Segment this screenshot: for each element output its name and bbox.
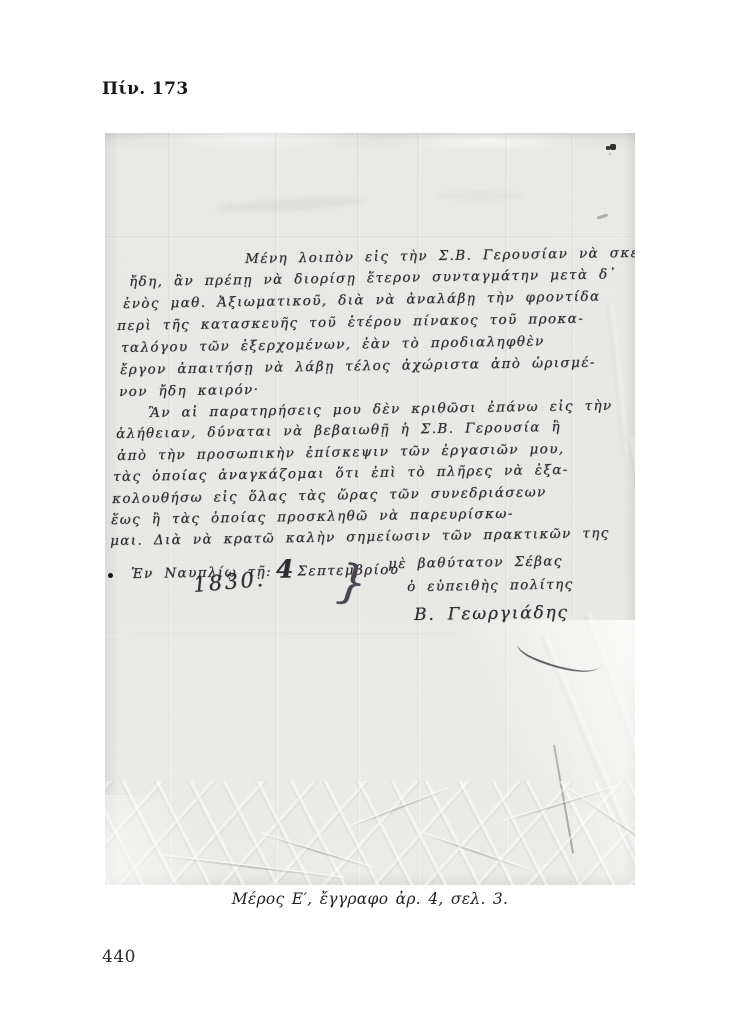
dateline-day: 4 — [276, 554, 294, 583]
handwriting-line: Ἂν αἱ παρατηρήσεις μου δὲν κριθῶσι ἐπάνω… — [148, 398, 613, 421]
handwriting-line: ταλόγου τῶν ἐξερχομένων, ἐὰν τὸ προδιαλη… — [121, 333, 545, 356]
signature: Β. Γεωργιάδης — [414, 603, 569, 625]
valediction: μὲ βαθύτατον Σέβας — [388, 553, 563, 572]
handwriting-line: ἀπὸ τὴν προσωπικὴν ἐπίσκεψιν τῶν ἐργασιῶ… — [117, 441, 565, 464]
handwriting-line: ἔργον ἀπαιτήσῃ νὰ λάβῃ τέλος ἀχώριστα ἀπ… — [120, 355, 596, 378]
handwriting-line: νον ἤδη καιρόν· — [119, 382, 259, 400]
closing-brace-flourish: } — [334, 553, 369, 610]
handwriting-line: ἕως ἢ τὰς ὁποίας προσκληθῶ νὰ παρευρίσκω… — [111, 506, 514, 528]
book-page: Πίν. 173 Μένη — [0, 0, 743, 1027]
plate-label: Πίν. 173 — [102, 79, 189, 99]
signoff-role: ὁ εὐπειθὴς πολίτης — [407, 576, 574, 595]
handwriting-line: κολουθήσω εἰς ὅλας τὰς ὥρας τῶν συνεδριά… — [112, 484, 547, 507]
handwriting-line: ἤδη, ἂν πρέπῃ νὰ διορίσῃ ἕτερον συνταγμά… — [129, 266, 617, 290]
handwriting-line: ἀλήθειαν, δύναται νὰ βεβαιωθῇ ἡ Σ.Β. Γερ… — [116, 419, 561, 442]
handwriting-line: περὶ τῆς κατασκευῆς τοῦ ἑτέρου πίνακος τ… — [117, 311, 584, 334]
manuscript-text: Μένη λοιπὸν εἰς τὴν Σ.Β. Γερουσίαν νὰ σκ… — [105, 133, 635, 885]
handwriting-line: μαι. Διὰ νὰ κρατῶ καλὴν σημείωσιν τῶν πρ… — [110, 525, 610, 549]
document-photo: Μένη λοιπὸν εἰς τὴν Σ.Β. Γερουσίαν νὰ σκ… — [105, 133, 635, 885]
handwriting-line: τὰς ὁποίας ἀναγκάζομαι ὅτι ἐπὶ τὸ πλῆρες… — [113, 462, 569, 485]
handwriting-line: ἑνὸς μαθ. Ἀξιωματικοῦ, διὰ νὰ ἀναλάβῃ τὴ… — [123, 289, 601, 312]
caption: Μέρος Ε′, ἔγγραφο ἀρ. 4, σελ. 3. — [105, 890, 635, 908]
signature-flourish-tail — [515, 626, 604, 684]
page-number: 440 — [102, 947, 136, 967]
dateline-year: 1830. — [192, 567, 266, 597]
handwriting-line: Μένη λοιπὸν εἰς τὴν Σ.Β. Γερουσίαν νὰ σκ… — [245, 244, 635, 267]
